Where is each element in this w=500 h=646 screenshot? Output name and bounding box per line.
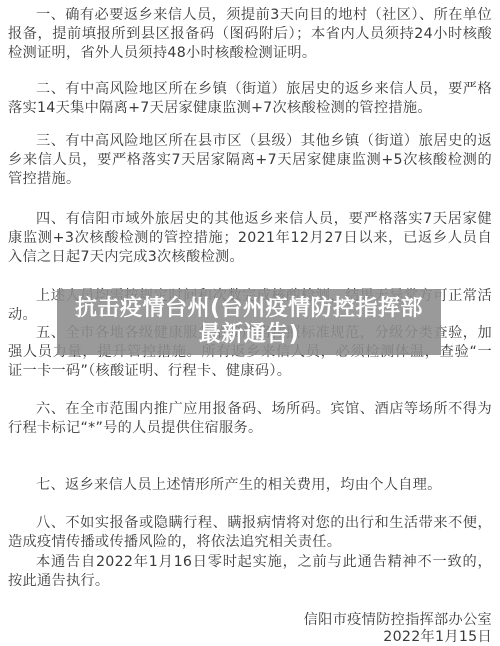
title-overlay-banner: 抗击疫情台州(台州疫情防控指挥部最新通告) <box>57 289 441 355</box>
paragraph-2: 二、有中高风险地区所在乡镇（街道）旅居史的返乡来信人员，要严格落实14天集中隔离… <box>8 80 492 118</box>
overlay-title: 抗击疫情台州(台州疫情防控指挥部最新通告) <box>75 296 423 347</box>
paragraph-7: 七、返乡来信人员上述情形所产生的相关费用，均由个人自理。 <box>8 476 492 495</box>
paragraph-1: 一、确有必要返乡来信人员，须提前3天向目的地村（社区）、所在单位报备，提前填报所… <box>8 6 492 63</box>
paragraph-8: 八、不如实报备或隐瞒行程、瞒报病情将对您的出行和生活带来不便，造成疫情传播或传播… <box>8 514 492 552</box>
paragraph-3: 三、有中高风险地区所在县市区（县级）其他乡镇（街道）旅居史的返乡来信人员，要严格… <box>8 132 492 189</box>
paragraph-6: 六、在全市范围内推广应用报备码、场所码。宾馆、酒店等场所不得为行程卡标记“*”号… <box>8 400 492 438</box>
paragraph-4: 四、有信阳市域外旅居史的其他返乡来信人员，要严格落实7天居家健康监测+3次核酸检… <box>8 210 492 267</box>
paragraph-9: 本通告自2022年1月16日零时起实施，之前与此通告精神不一致的，按此通告执行。 <box>8 553 492 591</box>
signature-date: 2022年1月15日 <box>383 628 492 646</box>
